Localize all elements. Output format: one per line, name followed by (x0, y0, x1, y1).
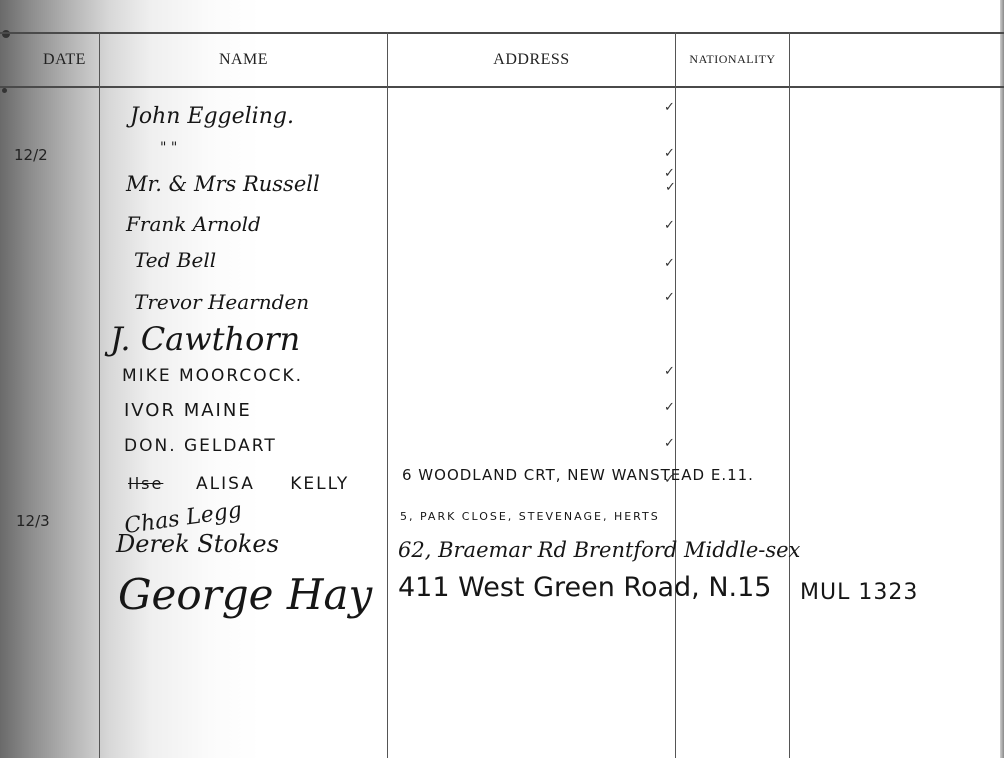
entry-date: 12/2 (14, 146, 48, 164)
column-header-name: NAME (100, 33, 387, 86)
check-mark-icon: ✓ (664, 256, 675, 271)
guest-name: Frank Arnold (126, 212, 261, 236)
guest-name: Trevor Hearnden (134, 290, 309, 314)
guest-name: John Eggeling. (130, 104, 294, 129)
guest-address: 5, PARK CLOSE, STEVENAGE, HERTS (400, 510, 660, 523)
guest-name: Mr. & Mrs Russell (126, 172, 320, 196)
check-mark-icon: ✓ (664, 100, 675, 115)
column-header-address: ADDRESS (388, 33, 675, 86)
guest-name: IVOR MAINE (124, 400, 252, 421)
guest-signature: George Hay (118, 570, 372, 619)
struck-name: Ilse (128, 474, 163, 493)
ditto-mark: " " (160, 140, 177, 156)
check-mark-icon: ✓ (664, 218, 675, 233)
column-divider (387, 32, 388, 758)
column-header-date: DATE (30, 33, 99, 86)
phone-number: MUL 1323 (800, 580, 918, 605)
column-divider (789, 32, 790, 758)
header-bottom-rule (0, 86, 1004, 88)
guest-name: ALISA KELLY (196, 474, 349, 494)
column-divider (675, 32, 676, 758)
binding-hole (2, 88, 7, 93)
check-mark-icon: ✓ (664, 436, 675, 451)
check-mark-icon: ✓ (664, 290, 675, 305)
check-mark-icon: ✓ (664, 166, 675, 181)
guest-name: Ted Bell (134, 248, 216, 272)
column-divider (99, 32, 100, 758)
check-mark-icon: ✓ (664, 146, 675, 161)
guest-address: 6 WOODLAND CRT, NEW WANSTEAD E.11. (402, 466, 754, 484)
guest-address: 62, Braemar Rd Brentford Middle-sex (398, 538, 800, 562)
check-mark-icon: ✓ (664, 400, 675, 415)
guest-name: DON. GELDART (124, 436, 277, 456)
guest-signature: Derek Stokes (116, 530, 279, 558)
entry-date: 12/3 (16, 512, 50, 530)
page-edge (1000, 0, 1004, 758)
check-mark-icon: ✓ (664, 364, 675, 379)
register-page: DATE NAME ADDRESS NATIONALITY 12/2 12/3 … (0, 0, 1004, 758)
guest-name: MIKE MOORCOCK. (122, 366, 303, 386)
check-mark-icon: ✓ (665, 180, 676, 195)
guest-name: J. Cawthorn (110, 320, 300, 358)
guest-address: 411 West Green Road, N.15 (398, 572, 771, 603)
column-header-nationality: NATIONALITY (676, 33, 789, 86)
